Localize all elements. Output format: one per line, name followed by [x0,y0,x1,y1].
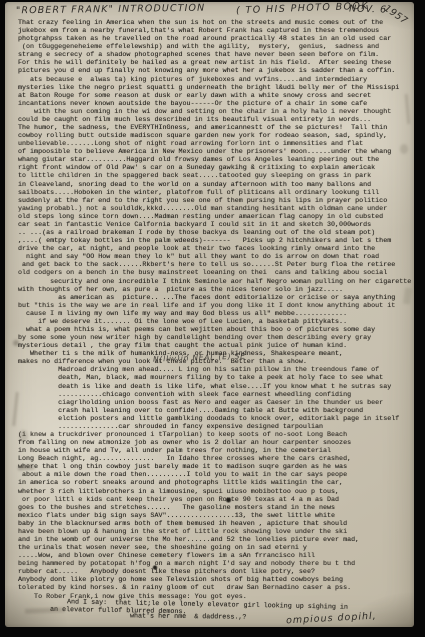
typed-line: incantations never known aoutside the ba… [18,100,414,108]
typed-line: cowboy rolling butt outside madiscon squ… [18,132,414,140]
typed-line: in Cleaveland, snoring dead to the world… [18,181,414,189]
typed-line: pictures you d end up finally not knowin… [18,67,414,75]
typed-ending-line-3: what's her nme & daddress.,? [130,612,246,621]
handwritten-title: "ROBERT FRANK" INTRODUCTION [16,3,205,17]
typed-line: old codgers on a bench in the busy mains… [18,269,414,277]
typed-line: ats because e alwas ta) king pictures of… [18,76,414,84]
typed-line: what a poem hthis is, what peems can bet… [18,326,414,334]
typed-line: if we deserve it....... Oi the lone woe … [18,318,414,326]
typed-line: mysterious detail , the gray film that c… [18,342,414,350]
typed-line: tolerated by kind horses. & in rainy glo… [18,584,414,592]
typed-line: with thoughts of her own, as pure a pict… [18,286,414,294]
typed-body: That crazy feeling in America when the s… [18,19,414,601]
typed-line: jukebox em from a nearby funeral,that's … [18,27,414,35]
typed-line: suddenly at the far end to the right you… [18,197,414,205]
typed-line: could be caught on film much less descri… [18,116,414,124]
typed-line: security and one incredible I think Semi… [18,278,414,286]
typed-line: sailboats.....Hoboken in the winter, pla… [18,189,414,197]
typed-line: whether 3 rich littlebrothers in a limou… [18,488,414,496]
typed-line: or poor littl e kids cant keep their yes… [18,496,414,504]
typed-line: elctioh posters and little gamblking doo… [18,415,414,423]
typed-line: by some some youn new writer high by can… [18,334,414,342]
typed-line: baby in the blacknursed arms both of the… [18,520,414,528]
typed-line: That crazy feeling in America when the s… [18,19,414,27]
typed-line: ciagrlholding union booss fast as Nero a… [18,399,414,407]
typed-line: (i knew a truckdriver pronounced i tTarp… [18,431,414,439]
typed-line: as american as picture.. ...The faces do… [18,294,414,302]
typed-line: to little children in the spaggered back… [18,172,414,180]
typed-line: but "this is the way we are in real life… [18,302,414,310]
typed-line: crash hall leaning over to confide!....G… [18,407,414,415]
typed-line: cause I m living my own life my way and … [18,310,414,318]
handwritten-footer-note: ompious dopihl, [286,611,377,627]
typed-line: death, Man, black, mad mourners filing b… [18,374,414,382]
typed-line: death is like and death is like life, wh… [18,383,414,391]
typed-line: and in the womb of our universe the Mo h… [18,536,414,544]
typed-line: yawing probabl.) not a souldldk,kkkd....… [18,205,414,213]
typed-line: car seat in fantastic Venice Calfornia b… [18,221,414,229]
typed-line: mysteries like the negro priest squatti … [18,84,414,92]
typed-line: at Baton Rouge for some reason at dusk o… [18,92,414,100]
typed-line: mexico flats under big sign says SAV"...… [18,512,414,520]
typewritten-page: "ROBERT FRANK" INTRODUCTION ( TO HIS PHO… [5,2,414,627]
typed-line: from falling on new atmonize job as owne… [18,439,414,447]
typed-line: with the sun coming in the wi dow and se… [18,108,414,116]
handwritten-date-month: NOV. 6 [349,4,387,16]
typed-line: ...........chicago conventioh with sleek… [18,391,414,399]
typed-line: goes to the bushes and stretches...... T… [18,504,414,512]
typed-line: the urinals that wosen never see, the sh… [18,544,414,552]
photographed-manuscript: "ROBERT FRANK" INTRODUCTION ( TO HIS PHO… [0,0,425,637]
typed-line: old steps long since torn down....Madman… [18,213,414,221]
typed-line: have been blown up & hanung in the stret… [18,528,414,536]
typed-line: .. ...(as a railroad brakeman I rode by … [18,229,414,237]
typed-line: The humor, the sadness, the EVERYTHInGne… [18,124,414,132]
typed-line: ...............car shrouded in fancy exp… [18,423,414,431]
typed-line: in house with wife and Tv, all under pal… [18,447,414,455]
typed-line: ,....( emtpy tokay bottles in the palm w… [18,237,414,245]
typed-line: in america so robert sneaks around and p… [18,479,414,487]
